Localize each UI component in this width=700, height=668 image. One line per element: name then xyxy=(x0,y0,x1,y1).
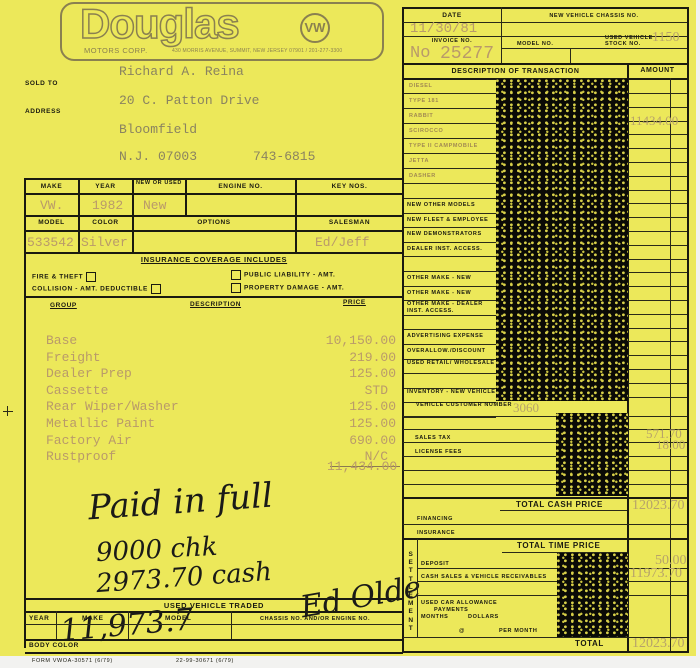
fire-theft-option[interactable]: FIRE & THEFT xyxy=(32,272,99,282)
grid-line xyxy=(628,245,687,246)
grid-line xyxy=(628,134,687,135)
total-cash-price: 12023.70 xyxy=(632,498,685,514)
trade-make-label: MAKE xyxy=(82,615,104,622)
model-row-dasher: DASHER xyxy=(404,169,496,184)
color-header: COLOR xyxy=(79,219,132,226)
customer-phone: 743-6815 xyxy=(253,149,315,164)
total-time-price-label: TOTAL TIME PRICE xyxy=(517,541,600,550)
customer-number: 3060 xyxy=(513,400,539,416)
description-header: DESCRIPTION xyxy=(190,301,241,308)
license-fees-label: LICENSE FEES xyxy=(415,449,462,455)
per-month-label: PER MONTH xyxy=(499,628,537,634)
property-damage-checkbox[interactable] xyxy=(231,283,241,293)
grid-line xyxy=(628,341,687,342)
sold-to-label: SOLD TO xyxy=(25,80,58,87)
public-liability-checkbox[interactable] xyxy=(231,270,241,280)
key-nos-header: KEY NOS. xyxy=(296,183,403,190)
dealer-name: Douglas xyxy=(80,0,239,48)
at-label: @ xyxy=(459,628,465,634)
used-vehicle-traded-title: USED VEHICLE TRADED xyxy=(25,601,403,610)
row-advertising-expense: ADVERTISING EXPENSE xyxy=(404,330,496,345)
trade-chassis-label: CHASSIS NO. AND/OR ENGINE NO. xyxy=(260,616,370,622)
model-no-label: MODEL NO. xyxy=(517,41,553,47)
cash-sales-label: CASH SALES & VEHICLE RECEIVABLES xyxy=(421,574,547,580)
dealer-address: 430 MORRIS AVENUE, SUMMIT, NEW JERSEY 07… xyxy=(172,48,342,54)
collision-option[interactable]: COLLISION - AMT. DEDUCTIBLE xyxy=(32,284,164,294)
margin-mark-v xyxy=(7,406,8,416)
total-label: TOTAL xyxy=(575,639,604,648)
grid-line xyxy=(628,286,687,287)
row-dealer-inst-access: DEALER INST. ACCESS. xyxy=(404,243,496,258)
insurance-label: INSURANCE xyxy=(417,530,455,536)
model-header: MODEL xyxy=(25,219,78,226)
customer-state-zip: N.J. 07003 xyxy=(119,149,197,164)
trade-year-label: YEAR xyxy=(29,615,49,622)
grid-line xyxy=(628,107,687,108)
model-row-campmobile: TYPE II CAMPMOBILE xyxy=(404,139,496,154)
grid-line xyxy=(628,456,687,457)
customer-name: Richard A. Reina xyxy=(119,64,244,79)
salesman-header: SALESMAN xyxy=(296,219,403,226)
item-row: Freight219.00 xyxy=(46,350,396,367)
price-header: PRICE xyxy=(343,299,366,306)
license-fees: 18.00 xyxy=(656,437,685,453)
options-header: OPTIONS xyxy=(133,219,295,226)
description-of-transaction-header: DESCRIPTION OF TRANSACTION xyxy=(403,68,628,75)
other-rows: NEW OTHER MODELS NEW FLEET & EMPLOYEE NE… xyxy=(404,199,496,418)
model-row-jetta: JETTA xyxy=(404,154,496,169)
part-number: 22-99-30671 (6/79) xyxy=(176,658,234,664)
chassis-label: NEW VEHICLE CHASSIS NO. xyxy=(501,13,687,19)
model-rows: DIESEL TYPE 181 RABBIT SCIROCCO TYPE II … xyxy=(404,79,496,199)
invoice-no-prefix: No xyxy=(410,44,430,63)
total-value: 12023.70 xyxy=(632,636,685,652)
grid-line xyxy=(628,259,687,260)
redacted-block-bottom xyxy=(557,553,628,637)
total-cash-price-label: TOTAL CASH PRICE xyxy=(516,500,603,509)
row-new-other-models: NEW OTHER MODELS xyxy=(404,199,496,214)
fire-theft-checkbox[interactable] xyxy=(86,272,96,282)
make-header: MAKE xyxy=(25,183,78,190)
sales-tax-label: SALES TAX xyxy=(415,435,451,441)
amount-model: 11434.00 xyxy=(630,113,678,129)
trade-model-label: MODEL xyxy=(165,615,191,622)
grid-line xyxy=(628,397,687,398)
payments-label: PAYMENTS xyxy=(434,607,468,613)
row-new-demonstrators: NEW DEMONSTRATORS xyxy=(404,228,496,243)
year-value: 1982 xyxy=(92,198,123,213)
grid-line xyxy=(628,272,687,273)
grid-line xyxy=(628,162,687,163)
handwritten-paid-in-full: Paid in full xyxy=(87,476,274,529)
collision-checkbox[interactable] xyxy=(151,284,161,294)
engine-no-header: ENGINE NO. xyxy=(186,183,295,190)
row-other-make-new: OTHER MAKE - NEW xyxy=(404,272,496,287)
model-row-blank xyxy=(404,184,496,199)
model-value: 533542 xyxy=(27,235,74,250)
grid-line xyxy=(628,217,687,218)
used-stock-label: USED VEHICLE STOCK NO. xyxy=(605,35,655,47)
insurance-title: INSURANCE COVERAGE INCLUDES xyxy=(25,255,403,264)
row-blank-2 xyxy=(404,316,496,331)
customer-number-label: VEHICLE CUSTOMER NUMBER xyxy=(404,402,524,408)
row-overallow-discount: OVERALLOW./DISCOUNT xyxy=(404,345,496,360)
row-other-make-dealer: OTHER MAKE - DEALER INST. ACCESS. xyxy=(404,301,496,316)
new-or-used-header: NEW OR USED xyxy=(133,180,185,186)
salesman-value: Ed/Jeff xyxy=(315,235,370,250)
body-color-label: BODY COLOR xyxy=(29,642,79,649)
grid-line xyxy=(628,231,687,232)
invoice-no: 25277 xyxy=(440,44,494,64)
redacted-block-top xyxy=(496,79,628,401)
model-row-type181: TYPE 181 xyxy=(404,94,496,109)
new-or-used-value: New xyxy=(143,198,166,213)
items-total: 11,434.00 xyxy=(327,459,397,474)
grid-line xyxy=(628,328,687,329)
grid-line xyxy=(628,383,687,384)
date-label: DATE xyxy=(403,12,501,19)
grid-line xyxy=(628,93,687,94)
year-header: YEAR xyxy=(79,183,132,190)
deposit-label: DEPOSIT xyxy=(421,561,449,567)
grid-line xyxy=(628,190,687,191)
grid-line xyxy=(628,314,687,315)
grid-line xyxy=(628,369,687,370)
grid-line xyxy=(628,148,687,149)
group-header: GROUP xyxy=(50,302,77,309)
make-value: VW. xyxy=(40,198,63,213)
address-label: ADDRESS xyxy=(25,108,61,115)
row-other-make-new-2: OTHER MAKE - NEW xyxy=(404,287,496,302)
dollars-label: DOLLARS xyxy=(468,614,499,620)
item-row: Factory Air690.00 xyxy=(46,433,396,450)
customer-city: Bloomfield xyxy=(119,122,197,137)
items-list: Base10,150.00 Freight219.00 Dealer Prep1… xyxy=(46,333,396,466)
financing-label: FINANCING xyxy=(417,516,453,522)
cash-sales-value: 11973.70 xyxy=(630,566,682,582)
row-new-fleet: NEW FLEET & EMPLOYEE xyxy=(404,214,496,229)
grid-line xyxy=(628,300,687,301)
model-row-rabbit: RABBIT xyxy=(404,109,496,124)
invoice-paper: Douglas MOTORS CORP. 430 MORRIS AVENUE, … xyxy=(0,0,696,656)
model-row-diesel: DIESEL xyxy=(404,79,496,94)
item-row: Metallic Paint125.00 xyxy=(46,416,396,433)
customer-street: 20 C. Patton Drive xyxy=(119,93,259,108)
form-number: FORM VWOA-30571 (6/79) xyxy=(32,658,113,664)
grid-line xyxy=(628,484,687,485)
model-row-scirocco: SCIROCCO xyxy=(404,124,496,139)
used-stock-value: 1150 xyxy=(652,30,679,46)
used-car-allowance-label: USED CAR ALLOWANCE xyxy=(421,600,497,606)
grid-line xyxy=(628,176,687,177)
vw-logo-icon: VW xyxy=(300,13,330,43)
row-used-retail: USED RETAIL/ WHOLESALE xyxy=(404,360,496,375)
public-liability-option[interactable]: PUBLIC LIABILITY - AMT. xyxy=(228,270,335,280)
grid-line xyxy=(628,355,687,356)
item-row: Dealer Prep125.00 xyxy=(46,366,396,383)
months-label: MONTHS xyxy=(421,614,448,620)
margin-mark xyxy=(3,411,13,412)
item-row: Base10,150.00 xyxy=(46,333,396,350)
property-damage-option[interactable]: PROPERTY DAMAGE - AMT. xyxy=(228,283,344,293)
row-blank-3 xyxy=(404,374,496,389)
item-row: CassetteSTD xyxy=(46,383,396,400)
row-blank xyxy=(404,257,496,272)
settlement-label: SETTLEMENT xyxy=(407,551,415,633)
color-value: Silver xyxy=(81,235,128,250)
dealer-sub: MOTORS CORP. xyxy=(84,46,148,55)
grid-line xyxy=(628,470,687,471)
date-value: 11/30/81 xyxy=(410,21,477,37)
redacted-block-middle xyxy=(556,413,628,496)
item-row: Rear Wiper/Washer125.00 xyxy=(46,399,396,416)
grid-line xyxy=(628,203,687,204)
amount-header: AMOUNT xyxy=(628,67,687,74)
